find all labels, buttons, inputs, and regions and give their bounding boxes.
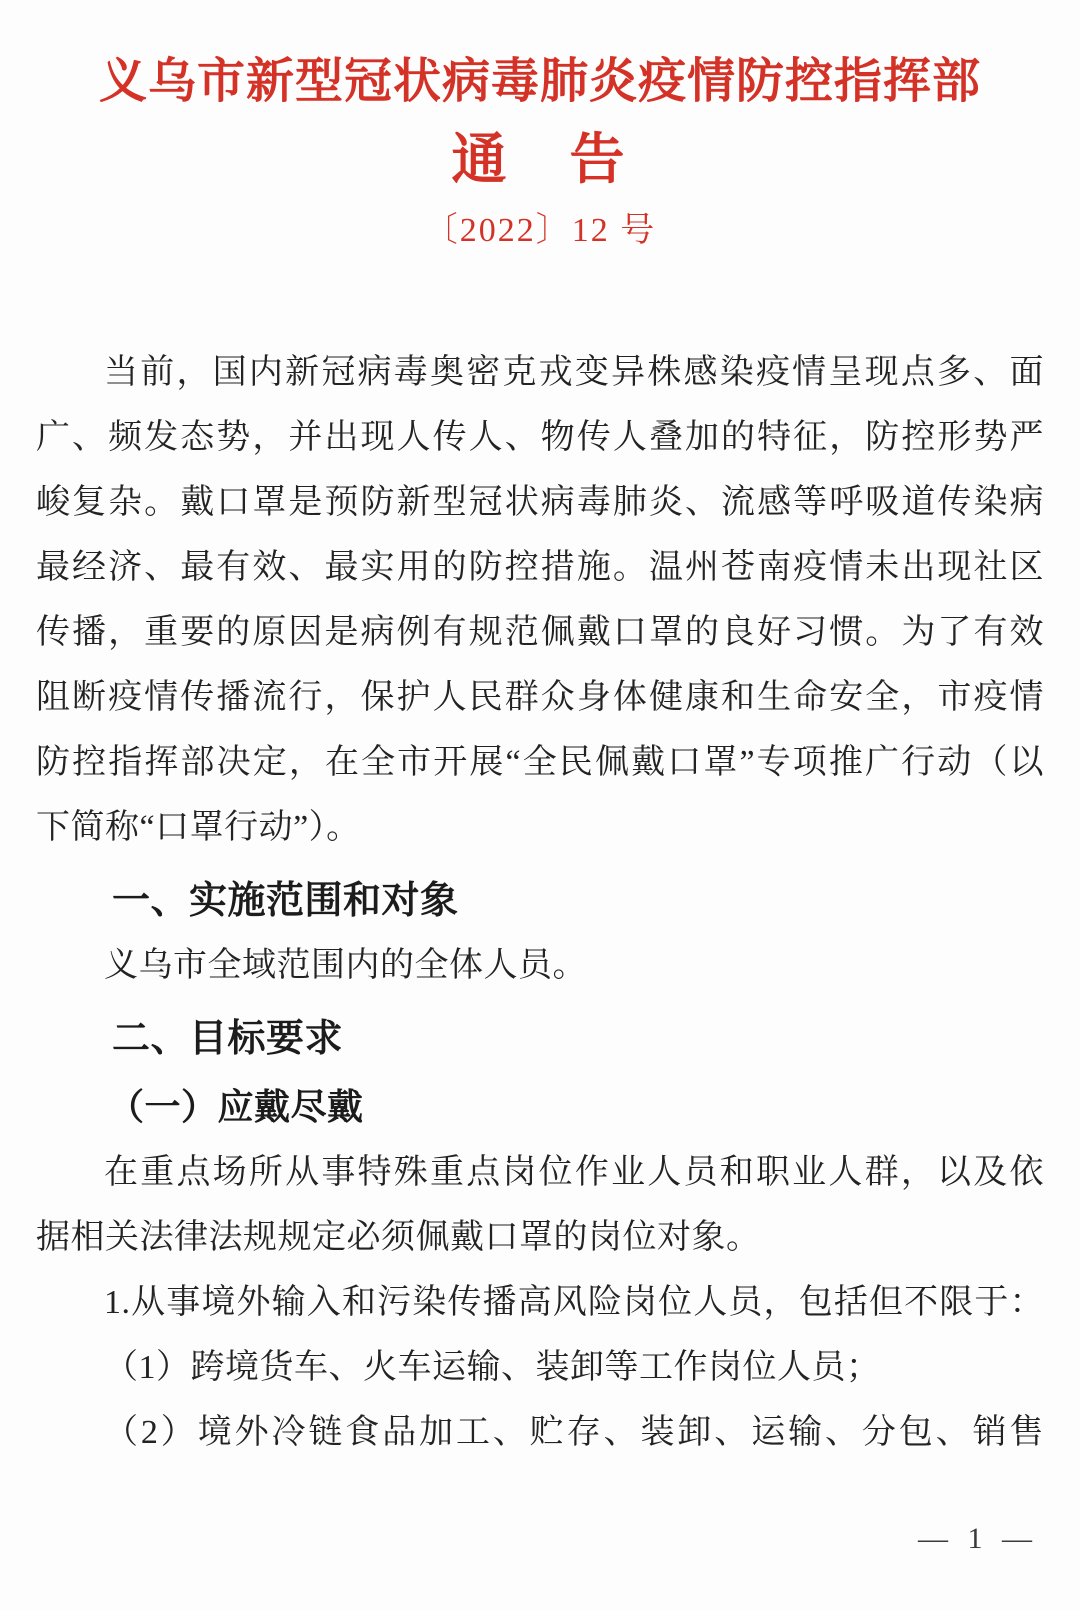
text-line-15: 1.从事境外输入和污染传播高风险岗位人员，包括但不限于： xyxy=(36,1270,1044,1335)
text-line-5: 传播，重要的原因是病例有规范佩戴口罩的良好习惯。为了有效 xyxy=(36,600,1044,665)
text-line-7: 防控指挥部决定，在全市开展“全民佩戴口罩”专项推广行动（以 xyxy=(36,730,1044,795)
notice-type-title: 通 告 xyxy=(0,124,1080,194)
page-number: — 1 — xyxy=(918,1522,1038,1556)
document-body: 当前，国内新冠病毒奥密克戎变异株感染疫情呈现点多、面广、频发态势，并出现人传人、… xyxy=(0,340,1080,1465)
text-line-16: （1）跨境货车、火车运输、装卸等工作岗位人员； xyxy=(36,1335,1044,1400)
text-line-9: 一、实施范围和对象 xyxy=(36,868,1044,933)
text-line-17: （2）境外冷链食品加工、贮存、装卸、运输、分包、销售 xyxy=(36,1400,1044,1465)
text-line-1: 当前，国内新冠病毒奥密克戎变异株感染疫情呈现点多、面 xyxy=(36,340,1044,405)
text-line-11: 二、目标要求 xyxy=(36,1006,1044,1071)
text-line-8: 下简称“口罩行动”）。 xyxy=(36,795,1044,860)
notice-document-page: 义乌市新型冠状病毒肺炎疫情防控指挥部 通 告 〔2022〕12 号 当前，国内新… xyxy=(0,0,1080,1610)
document-header: 义乌市新型冠状病毒肺炎疫情防控指挥部 通 告 〔2022〕12 号 xyxy=(0,0,1080,254)
text-line-2: 广、频发态势，并出现人传人、物传人叠加的特征，防控形势严 xyxy=(36,405,1044,470)
issuing-authority-title: 义乌市新型冠状病毒肺炎疫情防控指挥部 xyxy=(0,50,1080,112)
text-line-10: 义乌市全域范围内的全体人员。 xyxy=(36,933,1044,998)
document-number: 〔2022〕12 号 xyxy=(0,208,1080,254)
text-line-13: 在重点场所从事特殊重点岗位作业人员和职业人群，以及依 xyxy=(36,1140,1044,1205)
text-line-3: 峻复杂。戴口罩是预防新型冠状病毒肺炎、流感等呼吸道传染病 xyxy=(36,470,1044,535)
text-line-12: （一）应戴尽戴 xyxy=(36,1075,1044,1140)
text-line-14: 据相关法律法规规定必须佩戴口罩的岗位对象。 xyxy=(36,1205,1044,1270)
text-line-4: 最经济、最有效、最实用的防控措施。温州苍南疫情未出现社区 xyxy=(36,535,1044,600)
text-line-6: 阻断疫情传播流行，保护人民群众身体健康和生命安全，市疫情 xyxy=(36,665,1044,730)
